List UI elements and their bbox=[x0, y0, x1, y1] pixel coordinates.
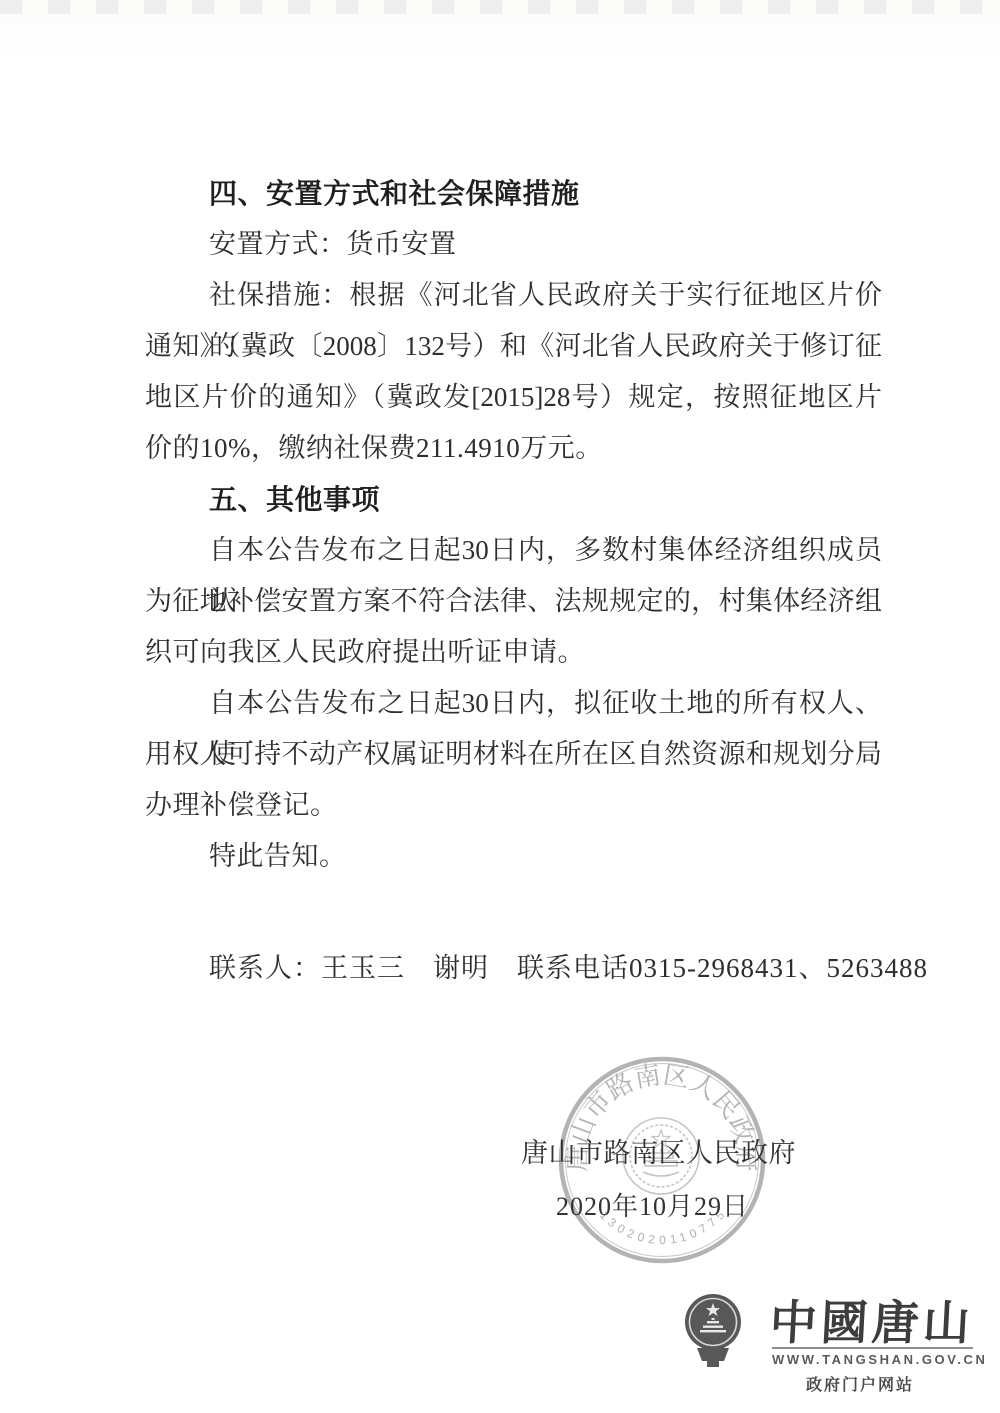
text-line: 办理补偿登记。 bbox=[145, 780, 882, 831]
footer-national-emblem-icon bbox=[681, 1291, 745, 1375]
scan-edge-artifact bbox=[0, 0, 1000, 14]
text-line: 价的10%，缴纳社保费211.4910万元。 bbox=[145, 423, 882, 474]
signature-date: 2020年10月29日 bbox=[556, 1186, 749, 1223]
text-line: 社保措施：根据《河北省人民政府关于实行征地区片价的 bbox=[145, 270, 882, 321]
section-heading-5: 五、其他事项 bbox=[145, 474, 882, 525]
text-line: 特此告知。 bbox=[145, 831, 882, 882]
text-line: 织可向我区人民政府提出听证申请。 bbox=[145, 627, 882, 678]
contact-line: 联系人：王玉三 谢明 联系电话0315-2968431、5263488 bbox=[145, 943, 882, 994]
text-line: 通知》（冀政〔2008〕132号）和《河北省人民政府关于修订征 bbox=[145, 321, 882, 372]
footer-divider bbox=[772, 1347, 973, 1349]
signature-issuer: 唐山市路南区人民政府 bbox=[521, 1131, 796, 1170]
text-line: 为征地补偿安置方案不符合法律、法规规定的，村集体经济组 bbox=[145, 576, 882, 627]
footer-brand-calligraphy: 中國唐山 bbox=[768, 1286, 976, 1353]
text-line: 安置方式：货币安置 bbox=[145, 219, 882, 270]
footer-portal-caption: 政府门户网站 bbox=[806, 1372, 914, 1395]
text-line: 用权人可持不动产权属证明材料在所在区自然资源和规划分局 bbox=[145, 729, 882, 780]
text-line: 地区片价的通知》（冀政发[2015]28号）规定，按照征地区片 bbox=[145, 372, 882, 423]
text-line: 自本公告发布之日起30日内，拟征收土地的所有权人、使 bbox=[145, 678, 882, 729]
document-page: 四、安置方式和社会保障措施 安置方式：货币安置 社保措施：根据《河北省人民政府关… bbox=[0, 0, 1000, 1413]
footer-website-url: WWW.TANGSHAN.GOV.CN bbox=[772, 1352, 988, 1367]
section-heading-4: 四、安置方式和社会保障措施 bbox=[145, 168, 882, 219]
document-body: 四、安置方式和社会保障措施 安置方式：货币安置 社保措施：根据《河北省人民政府关… bbox=[145, 168, 882, 994]
text-line: 自本公告发布之日起30日内，多数村集体经济组织成员认 bbox=[145, 525, 882, 576]
